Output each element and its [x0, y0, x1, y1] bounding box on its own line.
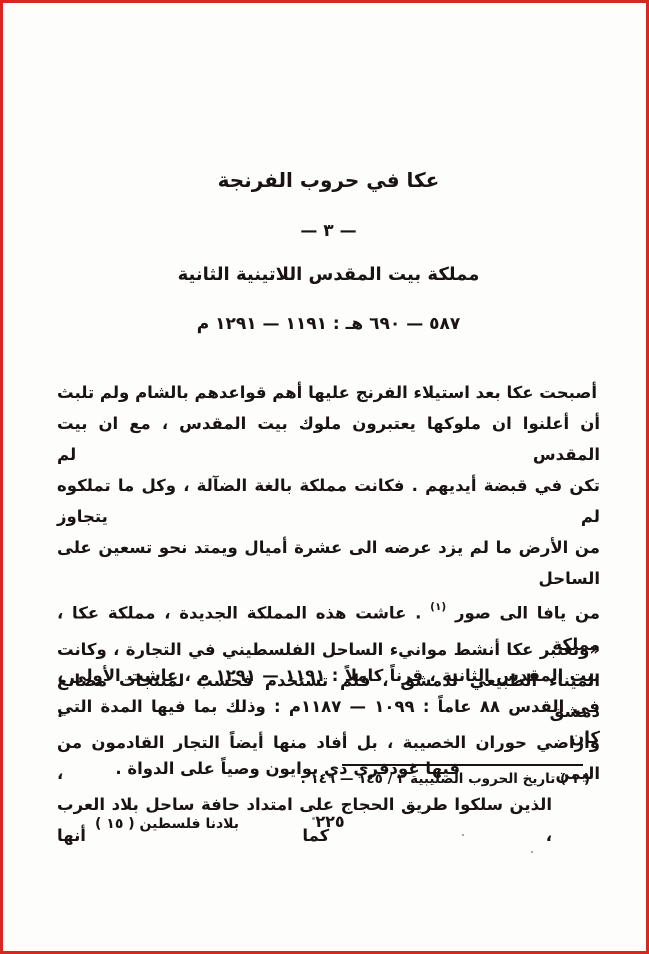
scan-speck — [462, 834, 464, 836]
footnote: ( ١ ) تاريخ الحروب الصليبية ٣ / ١٤٥ — ١٤… — [57, 771, 590, 787]
scan-speck — [531, 851, 533, 853]
body-line: أصبحت عكا بعد استيلاء الفرنج عليها أهم ق… — [57, 377, 600, 408]
page-number: ٢٢٥ — [300, 812, 360, 831]
section-number: — ٣ — — [57, 221, 600, 241]
body-line-text: من يافا الى صور — [446, 604, 600, 623]
section-subtitle: مملكة بيت المقدس اللاتينية الثانية — [57, 264, 600, 285]
footnote-separator — [342, 764, 583, 766]
body-line: الميناء الطبيعي لدمشق ، فلم تستخدم فحسب … — [57, 665, 600, 727]
footer-book-title: بلادنا فلسطين ( ١٥ ) — [95, 816, 239, 832]
body-line: من الأرض ما لم يزد عرضه الى عشرة أميال و… — [57, 532, 600, 594]
body-line: أن أعلنوا ان ملوكها يعتبرون ملوك بيت الم… — [57, 408, 600, 470]
body-line: «وتعتبر عكا أنشط موانيء الساحل الفلسطيني… — [57, 634, 600, 665]
book-page: عكا في حروب الفرنجة — ٣ — مملكة بيت المق… — [0, 0, 649, 954]
footnote-ref: (١) — [430, 601, 446, 613]
dates-line: ٥٨٧ — ٦٩٠ هـ : ١١٩١ — ١٢٩١ م — [57, 314, 600, 334]
body-line: تكن في قبضة أيديهم . فكانت مملكة بالغة ا… — [57, 470, 600, 532]
chapter-title: عكا في حروب الفرنجة — [57, 168, 600, 192]
scan-speck — [312, 817, 315, 820]
